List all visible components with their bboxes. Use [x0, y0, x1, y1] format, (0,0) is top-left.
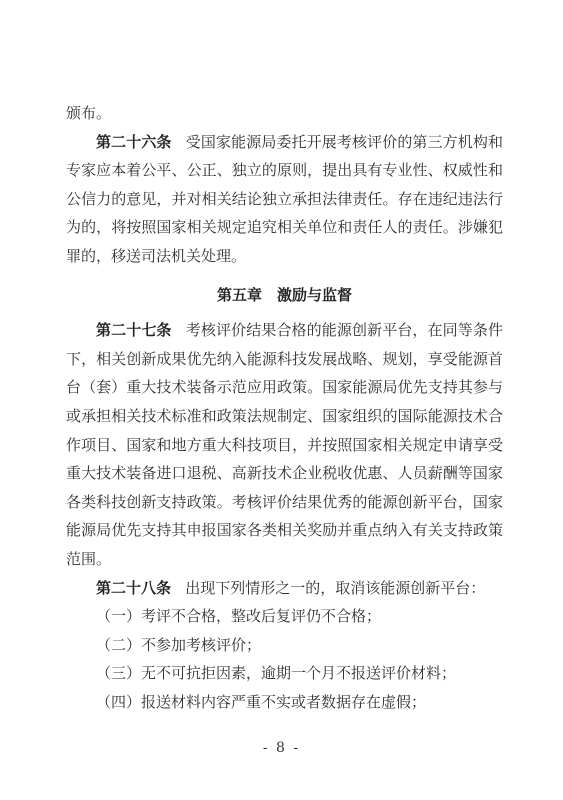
- text-line: （二）不参加考核评价；: [66, 631, 503, 660]
- text-line: 各类科技创新支持政策。考核评价结果优秀的能源创新平台，国家: [66, 488, 503, 517]
- text-line: 作项目、国家和地方重大科技项目，并按照国家相关规定申请享受: [66, 431, 503, 460]
- text-line: 能源局优先支持其申报国家各类相关奖励并重点纳入有关支持政策: [66, 516, 503, 545]
- text-line: 或承担相关技术标准和政策法规制定、国家组织的国际能源技术合: [66, 402, 503, 431]
- article-number: 第二十八条: [96, 579, 171, 597]
- text-line: 专家应本着公平、公正、独立的原则，提出具有专业性、权威性和: [66, 156, 503, 185]
- text-line: （三）无不可抗拒因素，逾期一个月不报送评价材料；: [66, 659, 503, 688]
- line-text: 考核评价结果合格的能源创新平台，在同等条件: [186, 321, 503, 339]
- chapter-heading: 第五章 激励与监督: [66, 281, 503, 310]
- text-line: 罪的，移送司法机关处理。: [66, 242, 503, 271]
- text-line: 第二十七条考核评价结果合格的能源创新平台，在同等条件: [66, 316, 503, 345]
- page-number: - 8 -: [0, 740, 563, 756]
- article-number: 第二十七条: [96, 321, 172, 339]
- line-text: 受国家能源局委托开展考核评价的第三方机构和: [186, 133, 503, 151]
- text-line: 公信力的意见，并对相关结论独立承担法律责任。存在违纪违法行: [66, 185, 503, 214]
- line-text: 出现下列情形之一的，取消该能源创新平台：: [185, 579, 485, 597]
- article-number: 第二十六条: [96, 133, 172, 151]
- text-line: （一）考评不合格，整改后复评仍不合格；: [66, 602, 503, 631]
- text-line: 颁布。: [66, 99, 503, 128]
- text-line: 第二十六条受国家能源局委托开展考核评价的第三方机构和: [66, 128, 503, 157]
- document-body: 颁布。第二十六条受国家能源局委托开展考核评价的第三方机构和专家应本着公平、公正、…: [66, 99, 503, 716]
- text-line: （四）报送材料内容严重不实或者数据存在虚假；: [66, 688, 503, 717]
- text-line: 为的，将按照国家相关规定追究相关单位和责任人的责任。涉嫌犯: [66, 213, 503, 242]
- document-page: 颁布。第二十六条受国家能源局委托开展考核评价的第三方机构和专家应本着公平、公正、…: [0, 0, 563, 800]
- text-line: 台（套）重大技术装备示范应用政策。国家能源局优先支持其参与: [66, 373, 503, 402]
- text-line: 第二十八条出现下列情形之一的，取消该能源创新平台：: [66, 574, 503, 603]
- text-line: 下，相关创新成果优先纳入能源科技发展战略、规划，享受能源首: [66, 345, 503, 374]
- text-line: 范围。: [66, 545, 503, 574]
- text-line: 重大技术装备进口退税、高新技术企业税收优惠、人员薪酬等国家: [66, 459, 503, 488]
